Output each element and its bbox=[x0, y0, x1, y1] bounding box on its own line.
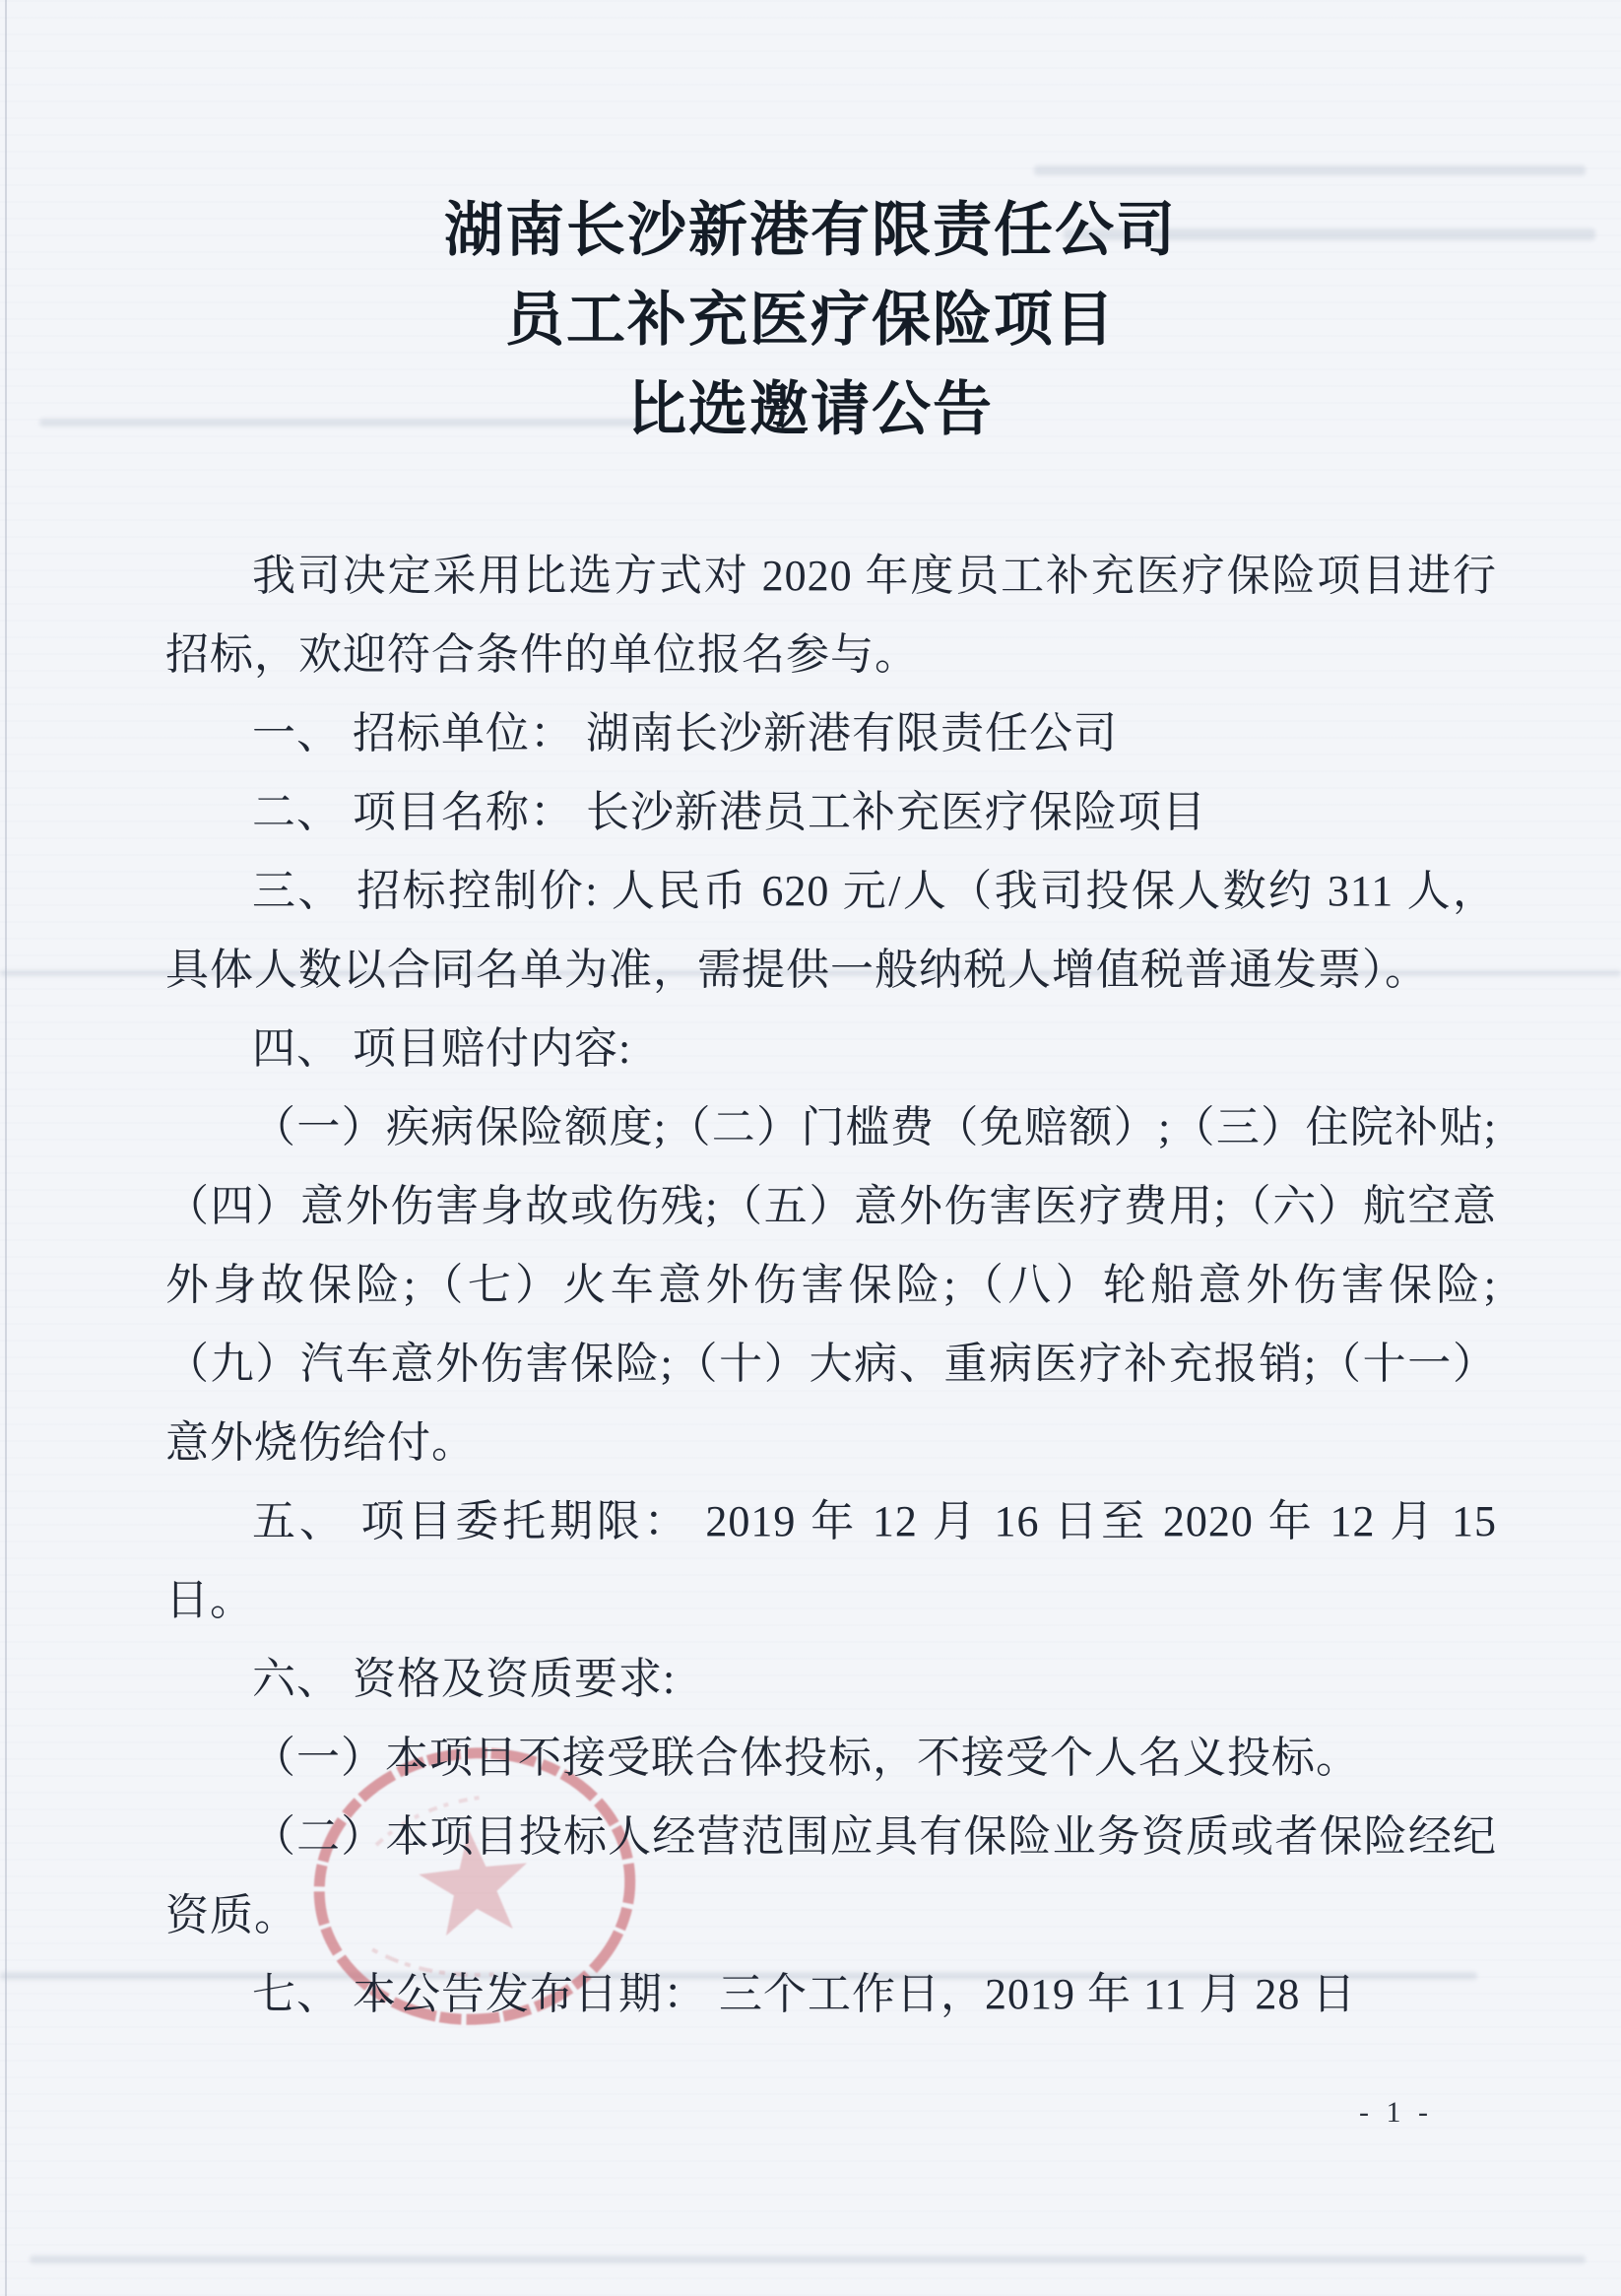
paragraph: 六、 资格及资质要求: bbox=[165, 1640, 1497, 1719]
page-number: - 1 - bbox=[1359, 2096, 1433, 2130]
paragraph: 五、 项目委托期限： 2019 年 12 月 16 日至 2020 年 12 月… bbox=[165, 1482, 1497, 1640]
paragraph: 四、 项目赔付内容: bbox=[165, 1010, 1497, 1088]
scanned-page: 湖南长沙新港有限责任公司 员工补充医疗保险项目 比选邀请公告 我司决定采用比选方… bbox=[0, 0, 1621, 2296]
paragraph: 三、 招标控制价: 人民币 620 元/人（我司投保人数约 311 人，具体人数… bbox=[165, 852, 1497, 1010]
document-title: 湖南长沙新港有限责任公司 员工补充医疗保险项目 比选邀请公告 bbox=[0, 185, 1621, 454]
title-line: 比选邀请公告 bbox=[0, 364, 1621, 454]
paragraph: （一）本项目不接受联合体投标，不接受个人名义投标。 bbox=[165, 1719, 1497, 1798]
paragraph: 我司决定采用比选方式对 2020 年度员工补充医疗保险项目进行招标，欢迎符合条件… bbox=[165, 537, 1497, 694]
paragraph: （一）疾病保险额度;（二）门槛费（免赔额）;（三）住院补贴;（四）意外伤害身故或… bbox=[165, 1088, 1497, 1482]
paragraph: （二）本项目投标人经营范围应具有保险业务资质或者保险经纪资质。 bbox=[165, 1798, 1497, 1955]
paragraph: 二、 项目名称： 长沙新港员工补充医疗保险项目 bbox=[165, 773, 1497, 852]
scan-artifact bbox=[30, 2256, 1586, 2263]
title-line: 湖南长沙新港有限责任公司 bbox=[0, 185, 1621, 275]
paragraph: 七、 本公告发布日期： 三个工作日，2019 年 11 月 28 日 bbox=[165, 1955, 1497, 2034]
title-line: 员工补充医疗保险项目 bbox=[0, 275, 1621, 364]
document-body: 我司决定采用比选方式对 2020 年度员工补充医疗保险项目进行招标，欢迎符合条件… bbox=[165, 537, 1497, 2034]
scan-artifact bbox=[1034, 165, 1586, 175]
paragraph: 一、 招标单位： 湖南长沙新港有限责任公司 bbox=[165, 694, 1497, 773]
